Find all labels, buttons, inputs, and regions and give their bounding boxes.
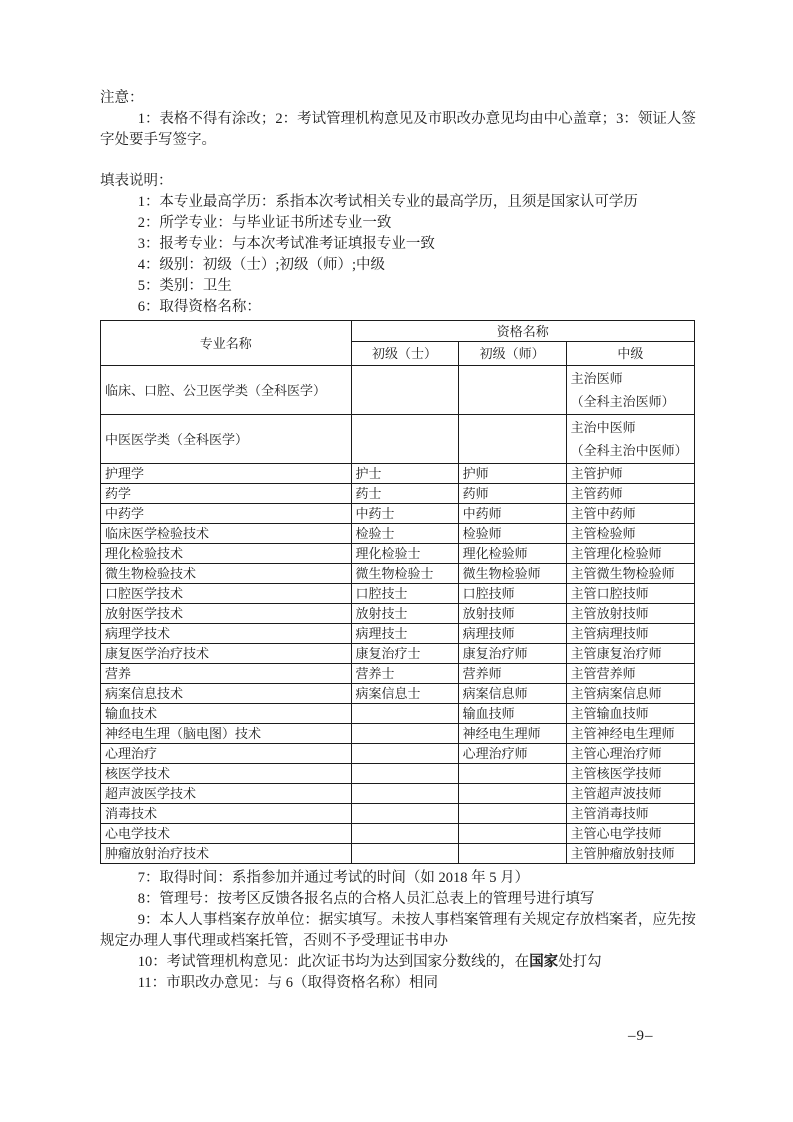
qualification-cell: 主管检验师 [566, 524, 694, 544]
qualification-cell: 主治中医师 （全科主治中医师） [566, 415, 694, 464]
qualification-cell: 主管放射技师 [566, 604, 694, 624]
footnote-10: 10：考试管理机构意见：此次证书均为达到国家分数线的，在国家处打勾 [100, 952, 696, 973]
table-row: 药学药士药师主管药师 [101, 484, 695, 504]
qualification-cell: 心理治疗师 [458, 744, 566, 764]
qualification-cell: 主管心理治疗师 [566, 744, 694, 764]
instructions-title: 填表说明： [100, 171, 696, 192]
table-row: 护理学护士护师主管护师 [101, 464, 695, 484]
profession-cell: 超声波医学技术 [101, 784, 352, 804]
profession-cell: 中医医学类（全科医学） [101, 415, 352, 464]
table-row: 理化检验技术理化检验士理化检验师主管理化检验师 [101, 544, 695, 564]
instruction-item-1: 1：本专业最高学历：系指本次考试相关专业的最高学历，且须是国家认可学历 [100, 192, 696, 213]
qualification-cell: 主管神经电生理师 [566, 724, 694, 744]
table-row: 微生物检验技术微生物检验士微生物检验师主管微生物检验师 [101, 564, 695, 584]
table-row: 神经电生理（脑电图）技术神经电生理师主管神经电生理师 [101, 724, 695, 744]
qualification-cell [351, 824, 458, 844]
table-row: 临床、口腔、公卫医学类（全科医学）主治医师 （全科主治医师） [101, 366, 695, 415]
qualification-cell: 主管心电学技师 [566, 824, 694, 844]
header-qualification-group: 资格名称 [351, 321, 694, 342]
qualification-cell: 主管药师 [566, 484, 694, 504]
qualification-cell: 护士 [351, 464, 458, 484]
footnote-10-bold-term: 国家 [529, 954, 558, 970]
profession-cell: 输血技术 [101, 704, 352, 724]
profession-cell: 神经电生理（脑电图）技术 [101, 724, 352, 744]
header-professional-name: 专业名称 [101, 321, 352, 366]
qualification-cell: 病理技士 [351, 624, 458, 644]
qualification-cell: 康复治疗士 [351, 644, 458, 664]
qualification-cell: 病理技师 [458, 624, 566, 644]
qualification-cell: 康复治疗师 [458, 644, 566, 664]
table-row: 中医医学类（全科医学）主治中医师 （全科主治中医师） [101, 415, 695, 464]
qualification-cell: 神经电生理师 [458, 724, 566, 744]
footnote-7: 7：取得时间：系指参加并通过考试的时间（如 2018 年 5 月） [100, 868, 696, 889]
qualification-cell [458, 844, 566, 864]
qualification-cell [458, 784, 566, 804]
notice-body: 1：表格不得有涂改；2：考试管理机构意见及市职改办意见均由中心盖章；3：领证人签… [100, 109, 696, 151]
qualification-cell: 检验师 [458, 524, 566, 544]
table-row: 放射医学技术放射技士放射技师主管放射技师 [101, 604, 695, 624]
qualification-cell: 主管理化检验师 [566, 544, 694, 564]
profession-cell: 肿瘤放射治疗技术 [101, 844, 352, 864]
qualification-cell: 检验士 [351, 524, 458, 544]
qualification-cell: 药师 [458, 484, 566, 504]
qualification-cell [458, 366, 566, 415]
qualification-cell: 中药士 [351, 504, 458, 524]
qualification-cell [351, 366, 458, 415]
profession-cell: 口腔医学技术 [101, 584, 352, 604]
table-row: 康复医学治疗技术康复治疗士康复治疗师主管康复治疗师 [101, 644, 695, 664]
qualification-cell: 主管超声波技师 [566, 784, 694, 804]
qualification-cell [458, 824, 566, 844]
qualification-cell: 口腔技士 [351, 584, 458, 604]
table-row: 临床医学检验技术检验士检验师主管检验师 [101, 524, 695, 544]
qualification-cell: 主管中药师 [566, 504, 694, 524]
qualification-cell: 放射技士 [351, 604, 458, 624]
table-row: 消毒技术主管消毒技师 [101, 804, 695, 824]
table-row: 口腔医学技术口腔技士口腔技师主管口腔技师 [101, 584, 695, 604]
instruction-item-4: 4：级别：初级（士）;初级（师）;中级 [100, 255, 696, 276]
qualification-table: 专业名称 资格名称 初级（士） 初级（师） 中级 临床、口腔、公卫医学类（全科医… [100, 320, 695, 864]
qualification-cell: 主管病理技师 [566, 624, 694, 644]
profession-cell: 中药学 [101, 504, 352, 524]
qualification-cell [351, 415, 458, 464]
footnotes-section: 7：取得时间：系指参加并通过考试的时间（如 2018 年 5 月） 8：管理号：… [100, 868, 696, 994]
qualification-cell: 病案信息师 [458, 684, 566, 704]
profession-cell: 放射医学技术 [101, 604, 352, 624]
qualification-cell [351, 724, 458, 744]
instruction-item-5: 5：类别：卫生 [100, 276, 696, 297]
qualification-cell: 营养师 [458, 664, 566, 684]
table-row: 病理学技术病理技士病理技师主管病理技师 [101, 624, 695, 644]
qualification-cell: 主治医师 （全科主治医师） [566, 366, 694, 415]
qualification-cell: 理化检验士 [351, 544, 458, 564]
document-page: 注意： 1：表格不得有涂改；2：考试管理机构意见及市职改办意见均由中心盖章；3：… [100, 88, 696, 994]
header-junior-shi2: 初级（师） [458, 342, 566, 366]
footnote-10-prefix: 10：考试管理机构意见：此次证书均为达到国家分数线的，在 [138, 954, 530, 970]
profession-cell: 微生物检验技术 [101, 564, 352, 584]
profession-cell: 消毒技术 [101, 804, 352, 824]
profession-cell: 临床医学检验技术 [101, 524, 352, 544]
table-row: 中药学中药士中药师主管中药师 [101, 504, 695, 524]
qualification-cell: 主管护师 [566, 464, 694, 484]
qualification-cell: 主管康复治疗师 [566, 644, 694, 664]
qualification-cell: 输血技师 [458, 704, 566, 724]
qualification-cell [458, 764, 566, 784]
qualification-cell: 病案信息士 [351, 684, 458, 704]
qualification-cell: 主管口腔技师 [566, 584, 694, 604]
profession-cell: 病理学技术 [101, 624, 352, 644]
qualification-cell: 口腔技师 [458, 584, 566, 604]
instruction-item-3: 3：报考专业：与本次考试准考证填报专业一致 [100, 234, 696, 255]
qualification-cell: 营养士 [351, 664, 458, 684]
qualification-cell [351, 764, 458, 784]
qualification-cell: 放射技师 [458, 604, 566, 624]
footnote-10-suffix: 处打勾 [558, 954, 602, 970]
table-row: 心理治疗心理治疗师主管心理治疗师 [101, 744, 695, 764]
qualification-cell [351, 704, 458, 724]
qualification-cell: 药士 [351, 484, 458, 504]
table-row: 营养营养士营养师主管营养师 [101, 664, 695, 684]
instruction-item-2: 2：所学专业：与毕业证书所述专业一致 [100, 213, 696, 234]
table-row: 超声波医学技术主管超声波技师 [101, 784, 695, 804]
profession-cell: 理化检验技术 [101, 544, 352, 564]
instruction-item-6: 6：取得资格名称： [100, 297, 696, 318]
qualification-cell [351, 784, 458, 804]
qualification-cell: 微生物检验师 [458, 564, 566, 584]
instructions-section: 填表说明： 1：本专业最高学历：系指本次考试相关专业的最高学历，且须是国家认可学… [100, 171, 696, 318]
profession-cell: 核医学技术 [101, 764, 352, 784]
qualification-cell [351, 744, 458, 764]
profession-cell: 护理学 [101, 464, 352, 484]
header-intermediate: 中级 [566, 342, 694, 366]
qualification-cell: 主管核医学技师 [566, 764, 694, 784]
notice-title: 注意： [100, 88, 696, 109]
profession-cell: 病案信息技术 [101, 684, 352, 704]
qualification-cell [458, 415, 566, 464]
qualification-cell [351, 804, 458, 824]
table-row: 肿瘤放射治疗技术主管肿瘤放射技师 [101, 844, 695, 864]
header-junior-shi: 初级（士） [351, 342, 458, 366]
table-row: 病案信息技术病案信息士病案信息师主管病案信息师 [101, 684, 695, 704]
profession-cell: 康复医学治疗技术 [101, 644, 352, 664]
qualification-cell: 主管营养师 [566, 664, 694, 684]
qualification-cell: 主管微生物检验师 [566, 564, 694, 584]
qualification-cell [351, 844, 458, 864]
footnote-9: 9：本人人事档案存放单位：据实填写。未按人事档案管理有关规定存放档案者，应先按规… [100, 910, 696, 952]
qualification-cell [458, 804, 566, 824]
table-row: 心电学技术主管心电学技师 [101, 824, 695, 844]
table-row: 输血技术输血技师主管输血技师 [101, 704, 695, 724]
profession-cell: 临床、口腔、公卫医学类（全科医学） [101, 366, 352, 415]
table-row: 核医学技术主管核医学技师 [101, 764, 695, 784]
profession-cell: 营养 [101, 664, 352, 684]
footnote-11: 11：市职改办意见：与 6（取得资格名称）相同 [100, 973, 696, 994]
qualification-cell: 主管输血技师 [566, 704, 694, 724]
qualification-cell: 理化检验师 [458, 544, 566, 564]
profession-cell: 心理治疗 [101, 744, 352, 764]
qualification-cell: 主管消毒技师 [566, 804, 694, 824]
table-header-row-1: 专业名称 资格名称 [101, 321, 695, 342]
profession-cell: 心电学技术 [101, 824, 352, 844]
qualification-cell: 主管病案信息师 [566, 684, 694, 704]
page-number: –9– [628, 1028, 654, 1045]
qualification-cell: 微生物检验士 [351, 564, 458, 584]
qualification-cell: 中药师 [458, 504, 566, 524]
qualification-cell: 主管肿瘤放射技师 [566, 844, 694, 864]
footnote-8: 8：管理号：按考区反馈各报名点的合格人员汇总表上的管理号进行填写 [100, 889, 696, 910]
profession-cell: 药学 [101, 484, 352, 504]
notice-section: 注意： 1：表格不得有涂改；2：考试管理机构意见及市职改办意见均由中心盖章；3：… [100, 88, 696, 151]
qualification-cell: 护师 [458, 464, 566, 484]
